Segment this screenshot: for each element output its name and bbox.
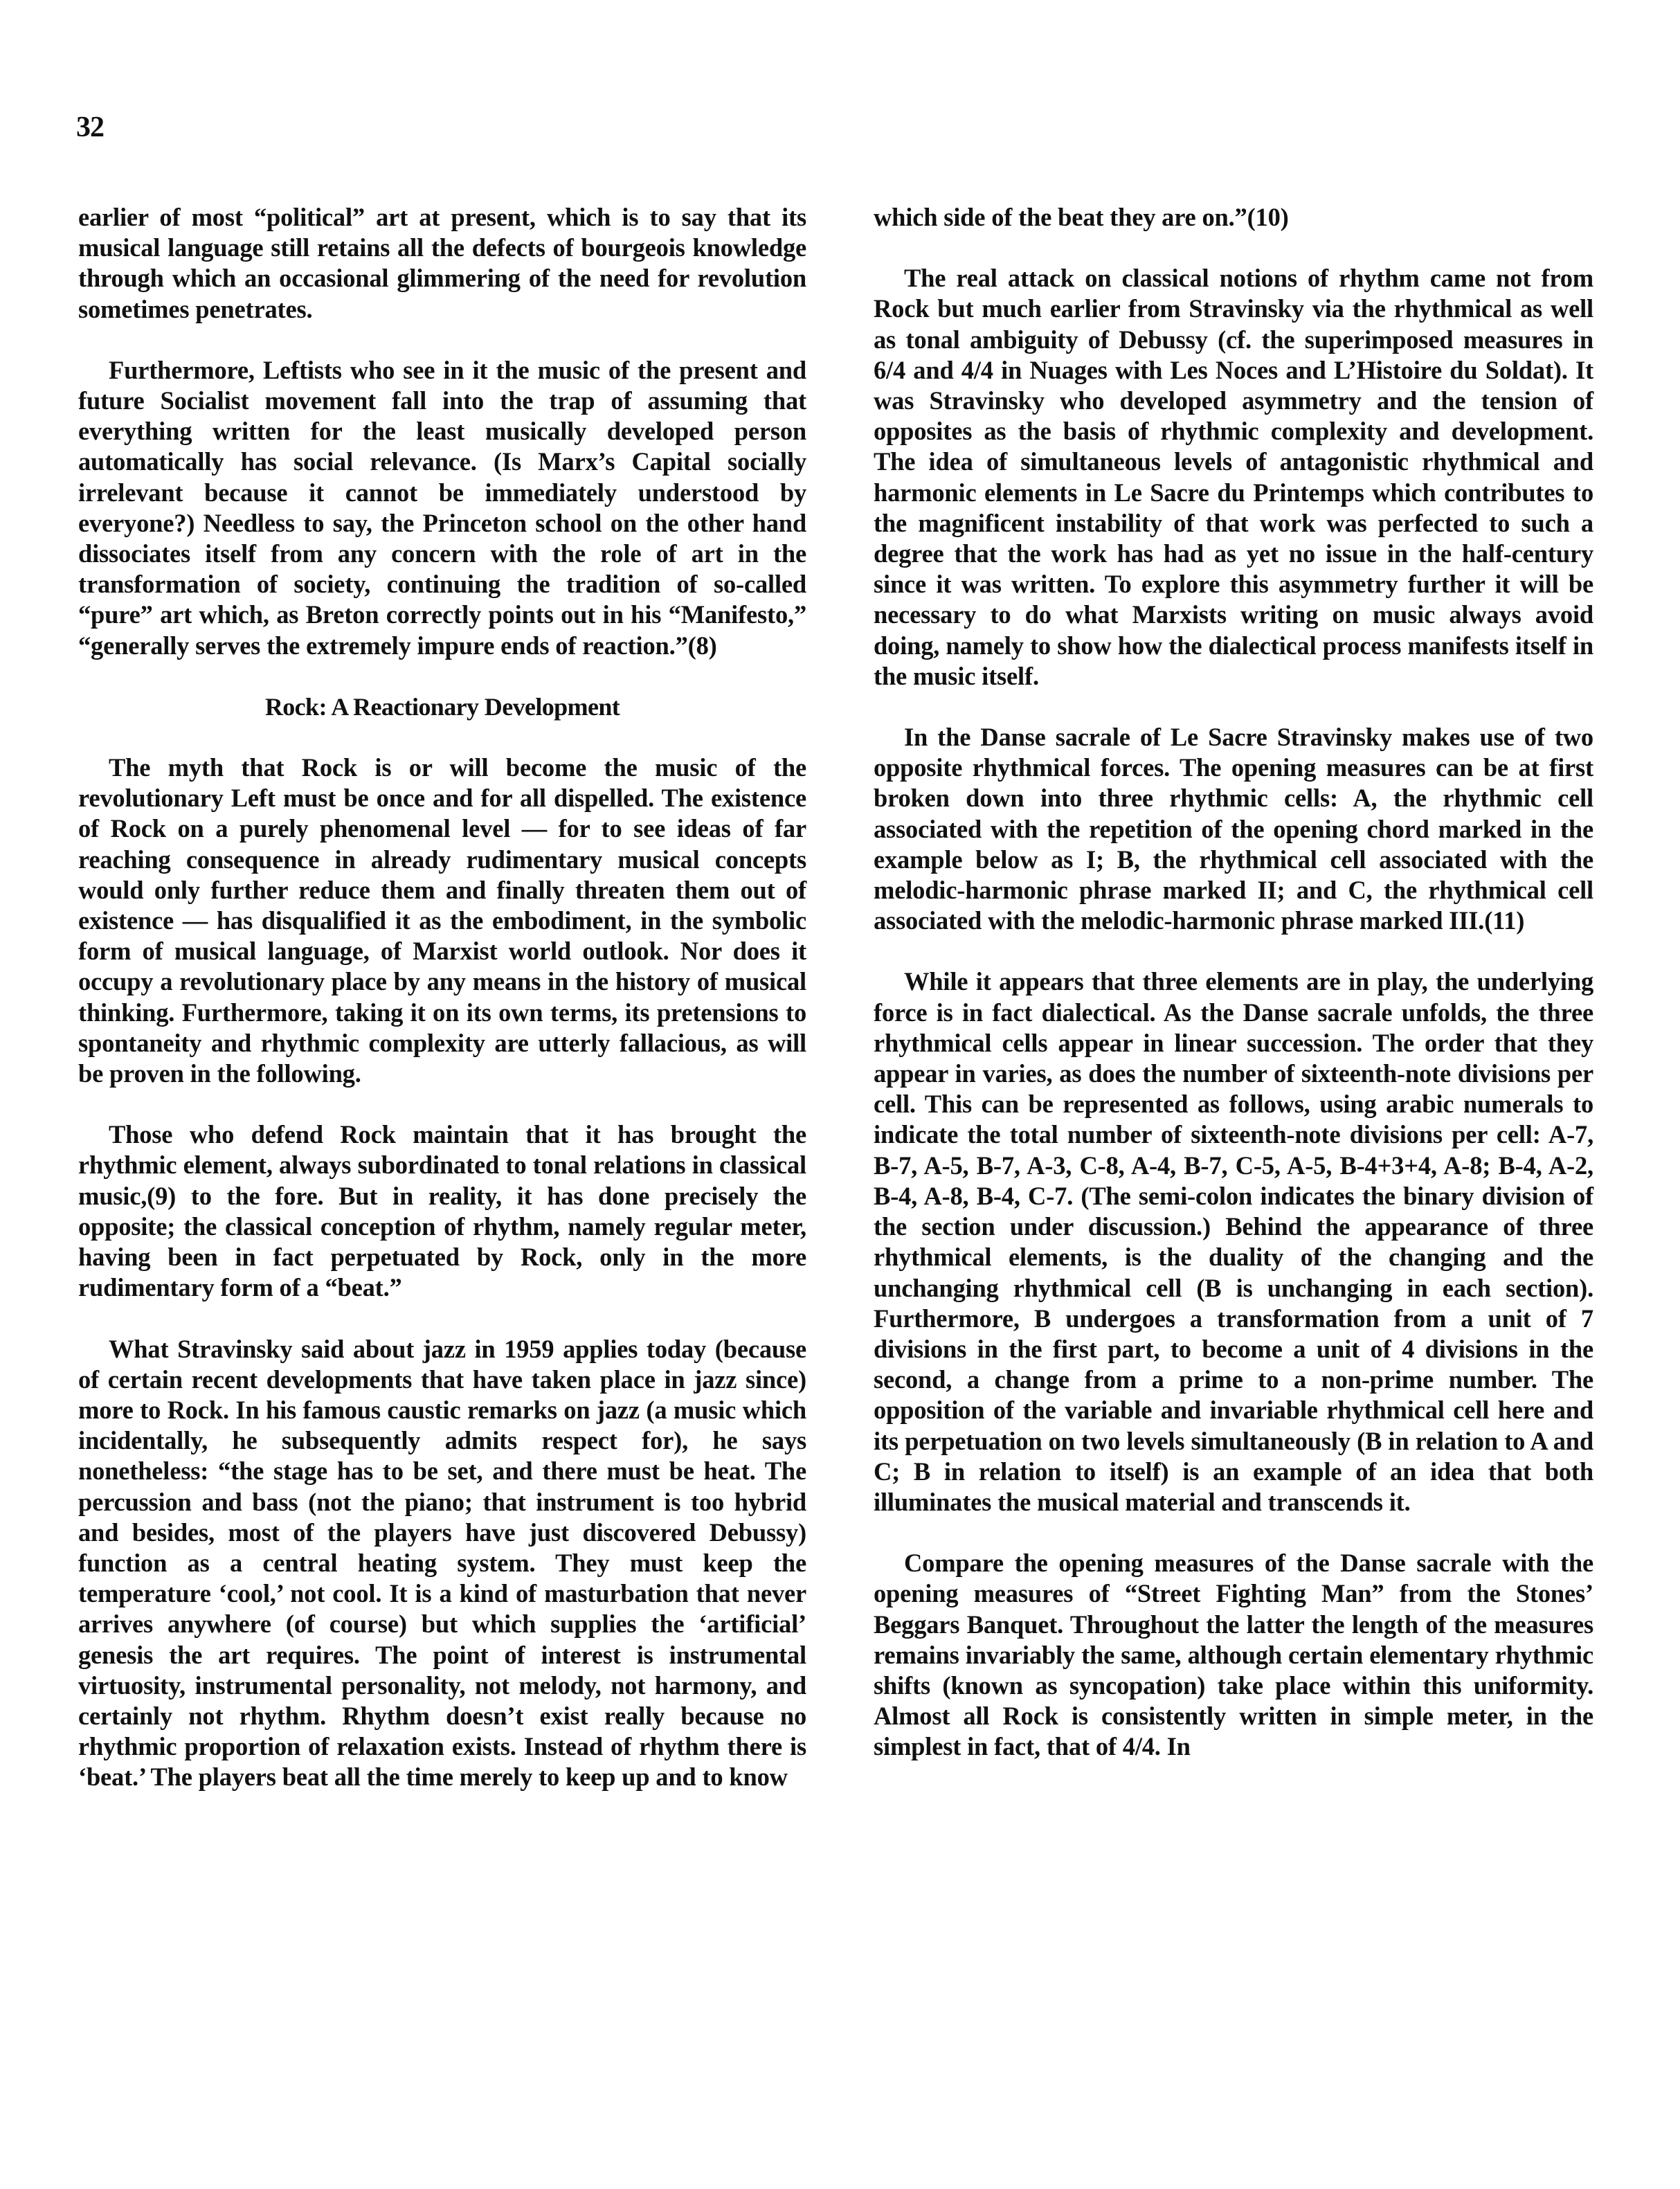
bold-title-text: B-4 (1499, 1151, 1536, 1180)
bold-title-text: Rock: A Reactionary Development (265, 693, 620, 721)
bold-title-text: Danse sacrale (1340, 1549, 1491, 1577)
bold-title-text: Les Noces (1170, 356, 1278, 384)
bold-title-text: perpetuated (330, 1243, 459, 1271)
bold-title-text: B-7 (874, 1151, 911, 1180)
body-paragraph: In the Danse sacrale of Le Sacre Stravin… (874, 722, 1593, 936)
section-heading: Rock: A Reactionary Development (78, 692, 806, 722)
body-paragraph: What Stravinsky said about jazz in 1959 … (78, 1334, 806, 1793)
bold-title-text: Le Sacre du Printemps (1114, 478, 1364, 507)
body-paragraph: earlier of most “political” art at prese… (78, 202, 806, 325)
paragraph-text: and (1278, 356, 1334, 384)
body-paragraph: The myth that Rock is or will become the… (78, 753, 806, 1089)
bold-title-text: Capital (632, 447, 711, 476)
page-number: 32 (76, 111, 104, 144)
bold-title-text: B-4+3+4 (1339, 1151, 1430, 1180)
body-paragraph: The real attack on classical notions of … (874, 263, 1593, 692)
paragraph-text: , C-5, A-5, (1221, 1151, 1339, 1180)
body-paragraph: Those who defend Rock maintain that it h… (78, 1119, 806, 1303)
bold-title-text: Danse sacrale (980, 723, 1130, 751)
left-column: earlier of most “political” art at prese… (78, 202, 806, 1823)
paragraph-text: socially irrelevant because it cannot be… (78, 447, 806, 659)
paragraph-text: which side of the beat they are on.”(10) (874, 203, 1289, 231)
paragraph-text: Compare the opening measures of the (904, 1549, 1340, 1577)
paragraph-text: What Stravinsky said about jazz in 1959 … (78, 1335, 806, 1792)
bold-title-text: Le Sacre (1171, 723, 1267, 751)
paragraph-text: , A-8, (911, 1182, 977, 1210)
paragraph-text: . (1033, 662, 1039, 690)
body-paragraph: which side of the beat they are on.”(10) (874, 202, 1593, 233)
paragraph-text: , A-8; (1431, 1151, 1499, 1180)
body-paragraph: Compare the opening measures of the Dans… (874, 1548, 1593, 1762)
right-column: which side of the beat they are on.”(10)… (874, 202, 1593, 1793)
body-paragraph: While it appears that three elements are… (874, 966, 1593, 1517)
paragraph-text: of (1130, 723, 1171, 751)
paragraph-text: , A-5, (911, 1151, 977, 1180)
body-paragraph: Furthermore, Leftists who see in it the … (78, 355, 806, 661)
bold-title-text: B-7 (977, 1151, 1014, 1180)
paragraph-text: The myth that Rock is or will become the… (78, 753, 806, 1088)
bold-title-text: B-4 (977, 1182, 1014, 1210)
bold-title-text: Danse sacrale (1243, 998, 1393, 1027)
paragraph-text: , A-2, (1536, 1151, 1593, 1180)
paragraph-text: earlier of most “political” art at prese… (78, 203, 806, 323)
paragraph-text: , A-3, C-8, A-4, (1014, 1151, 1184, 1180)
bold-title-text: B-4 (874, 1182, 911, 1210)
bold-title-text: Beggars Banquet (874, 1610, 1057, 1639)
paragraph-text: Stravinsky makes use of two opposite rhy… (874, 723, 1593, 935)
paragraph-text: , C-7. (The semi-colon indicates the bin… (874, 1182, 1593, 1516)
paragraph-text: In the (904, 723, 980, 751)
bold-title-text: B-7 (1184, 1151, 1221, 1180)
paragraph-text: with (1108, 356, 1171, 384)
bold-title-text: L’Histoire du Soldat (1334, 356, 1553, 384)
bold-title-text: Nuages (1029, 356, 1107, 384)
